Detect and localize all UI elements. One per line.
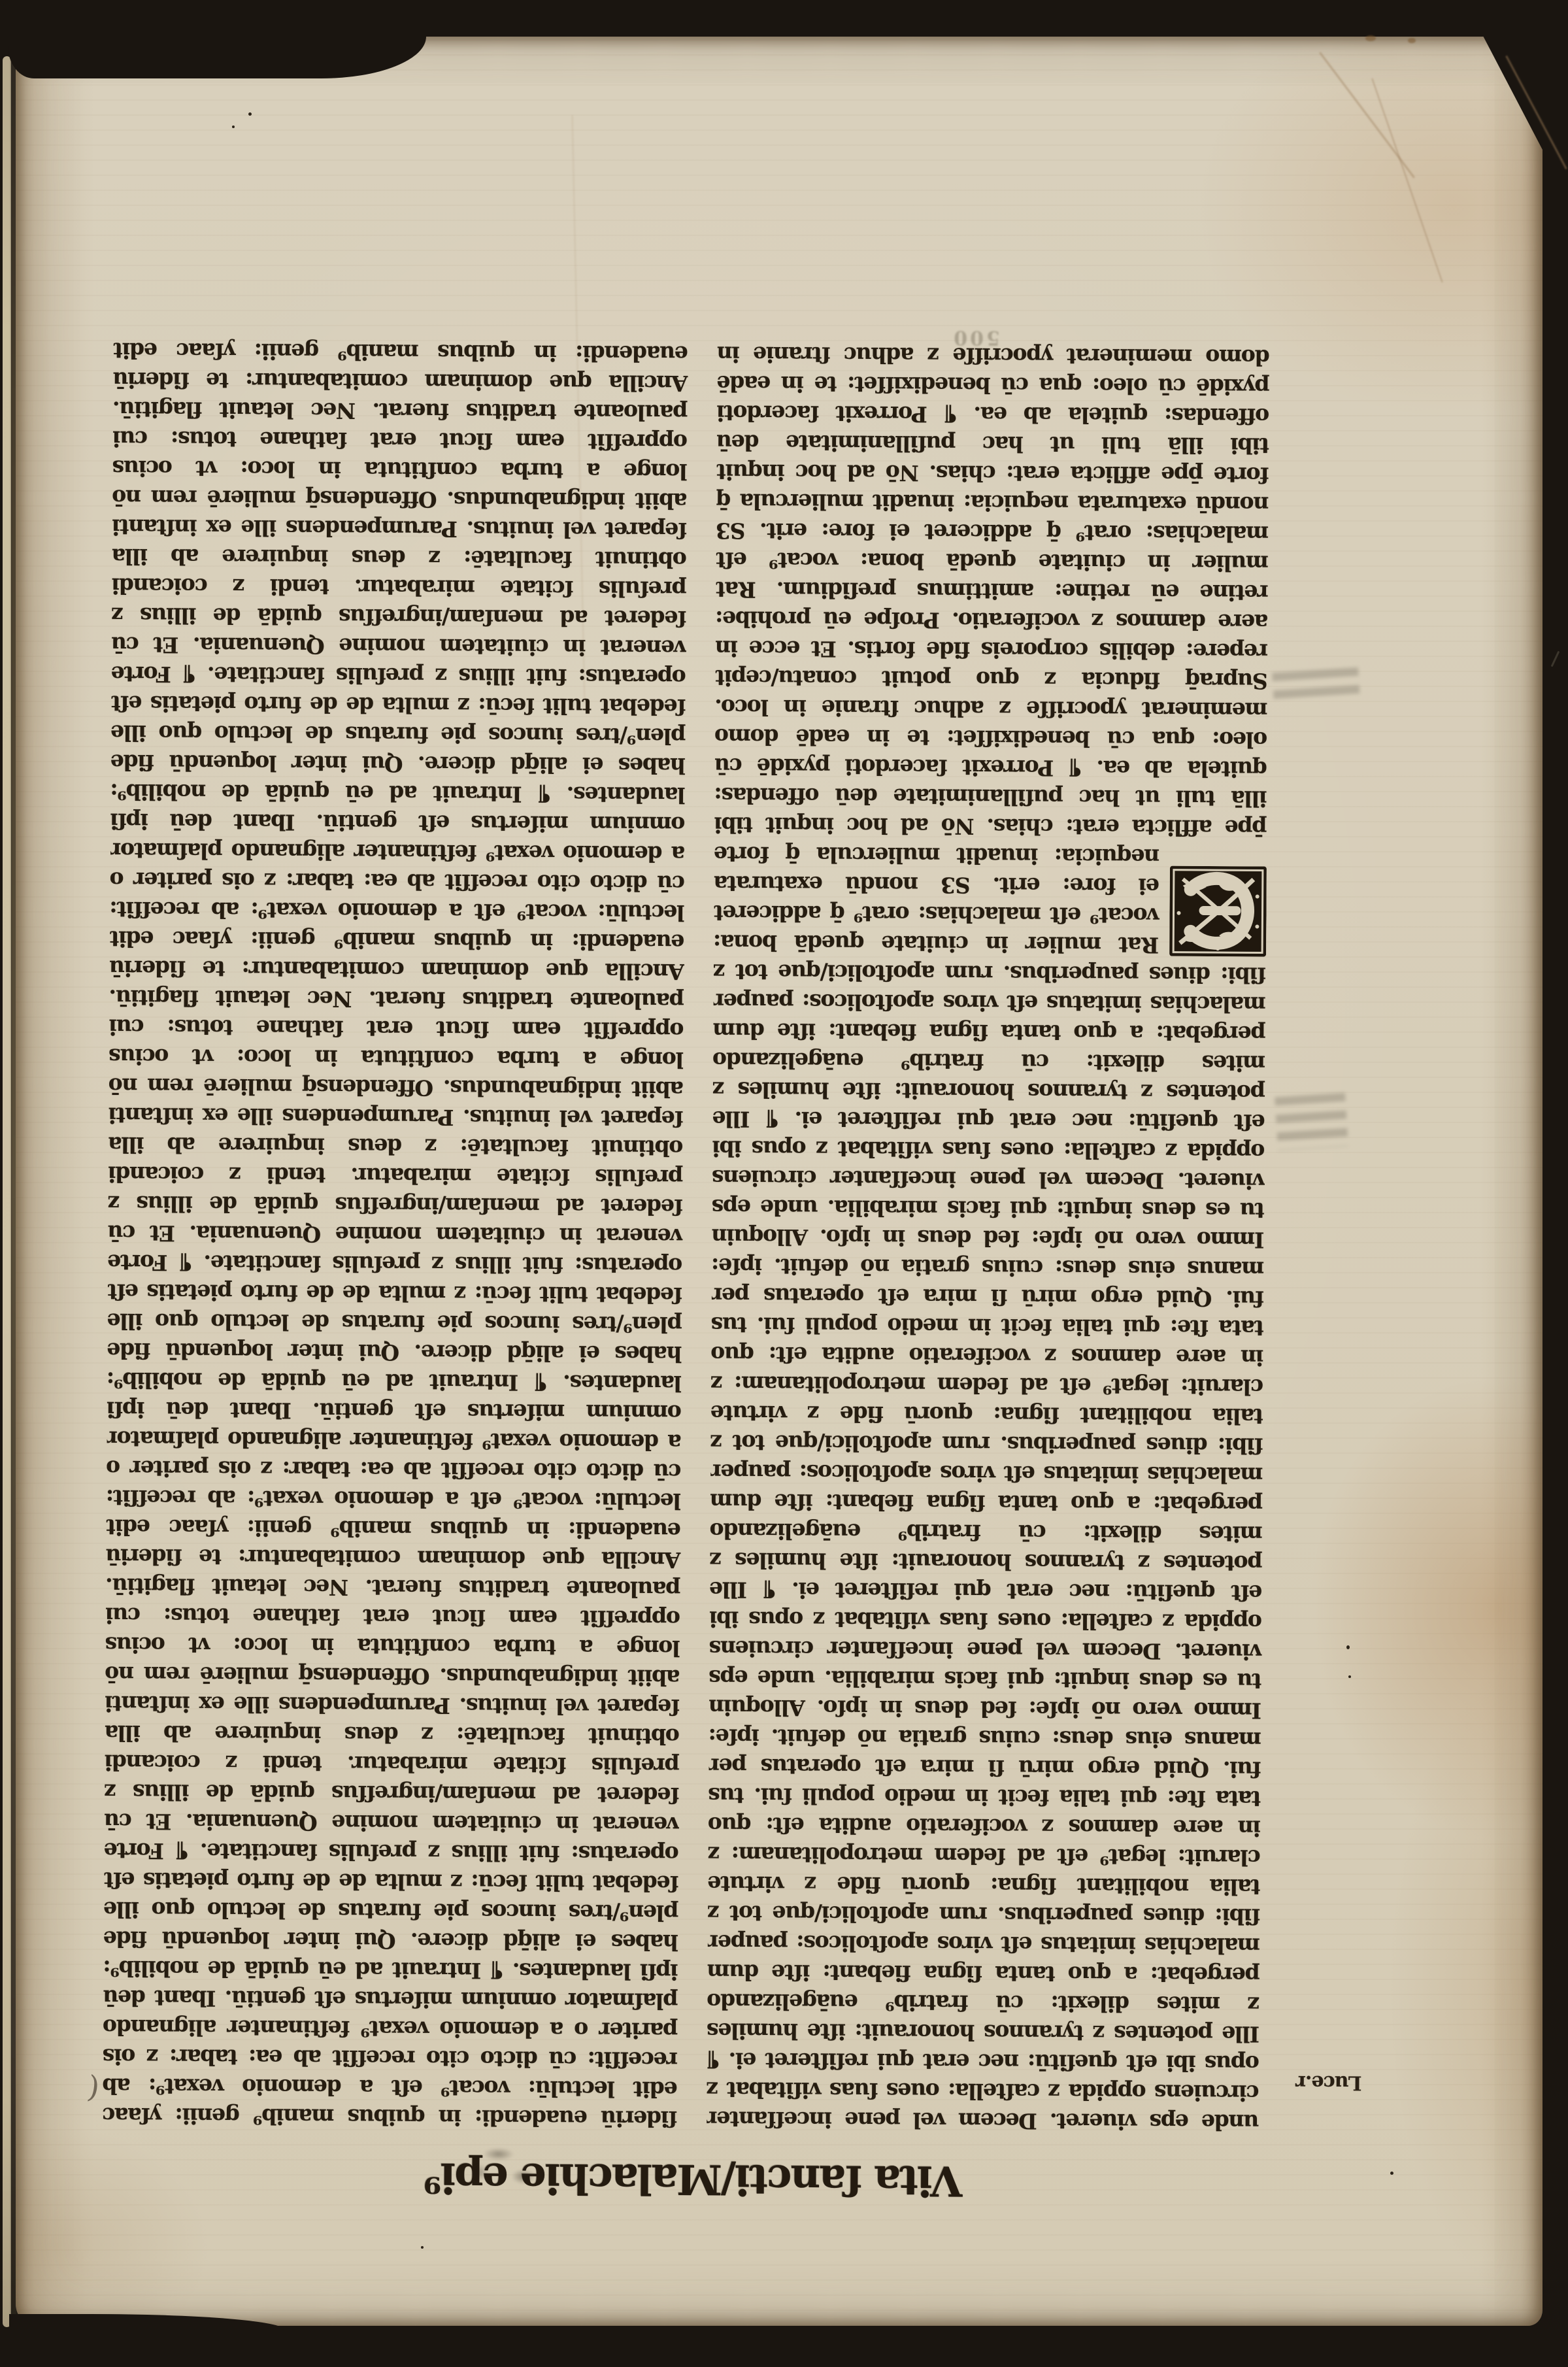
pencil-folio-ghost: 500	[951, 326, 1000, 349]
woodcut-initial-E	[1169, 866, 1267, 957]
pen-squiggle-mark: (	[85, 2072, 102, 2108]
faded-ink-annotation	[1272, 667, 1360, 707]
scanner-dust-thread	[1551, 651, 1560, 667]
printed-page-content-rotated-180: Vita ſancti/Malachie epi⁹ Luce.r unde ep…	[8, 32, 1549, 2330]
ink-offset-smudge	[467, 2140, 538, 2192]
text-column-1-lower: Rat mulier in ciuitate quedā bona: vocat…	[714, 335, 1270, 960]
text-column-2: ſideriū euadendi: in quibus manib⁹ genii…	[103, 331, 688, 2134]
text-column-1-upper: unde eps viueret. Decem vel pene inceſſa…	[707, 957, 1266, 2137]
faded-ink-annotation	[1275, 1093, 1348, 1151]
scanned-book-page: { "scan": { "background_color": "#1a1510…	[0, 0, 1568, 2367]
underlying-page-edge	[3, 56, 11, 2327]
page-paper: Vita ſancti/Malachie epi⁹ Luce.r unde ep…	[16, 37, 1543, 2326]
margin-scripture-reference: Luce.r	[1296, 2071, 1362, 2094]
column-1-paragraph-2-text: Rat mulier in ciuitate quedā bona: vocat…	[714, 335, 1270, 958]
